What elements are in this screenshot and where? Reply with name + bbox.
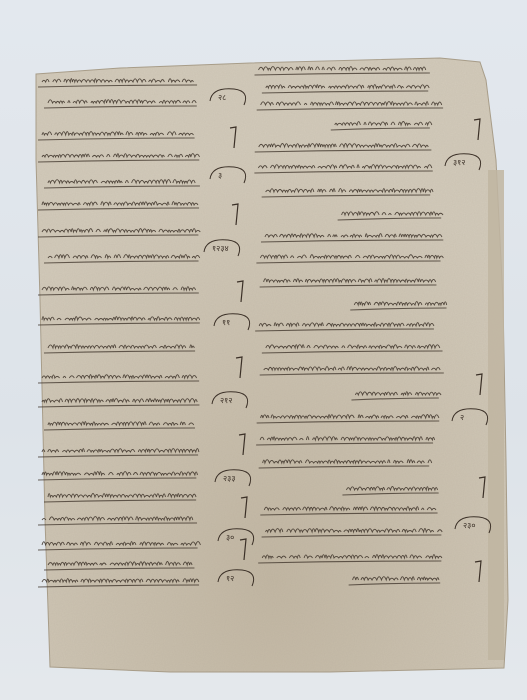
margin-number: २१२ [220, 396, 232, 405]
margin-number: २३३ [223, 474, 235, 483]
manuscript-photo: २८३१२३४११२१२२३३३०१२३१२२२३० [0, 0, 527, 700]
margin-number: ३ [218, 171, 222, 180]
margin-number: २३० [463, 521, 475, 530]
margin-number: २ [460, 413, 464, 422]
folded-edge-strip [488, 170, 504, 660]
margin-number: ३१२ [453, 158, 465, 167]
margin-number: १२३४ [212, 244, 229, 253]
margin-number: ११ [222, 318, 230, 327]
margin-number: २८ [218, 93, 226, 102]
margin-number: ३० [226, 533, 234, 542]
margin-number: १२ [226, 574, 234, 583]
